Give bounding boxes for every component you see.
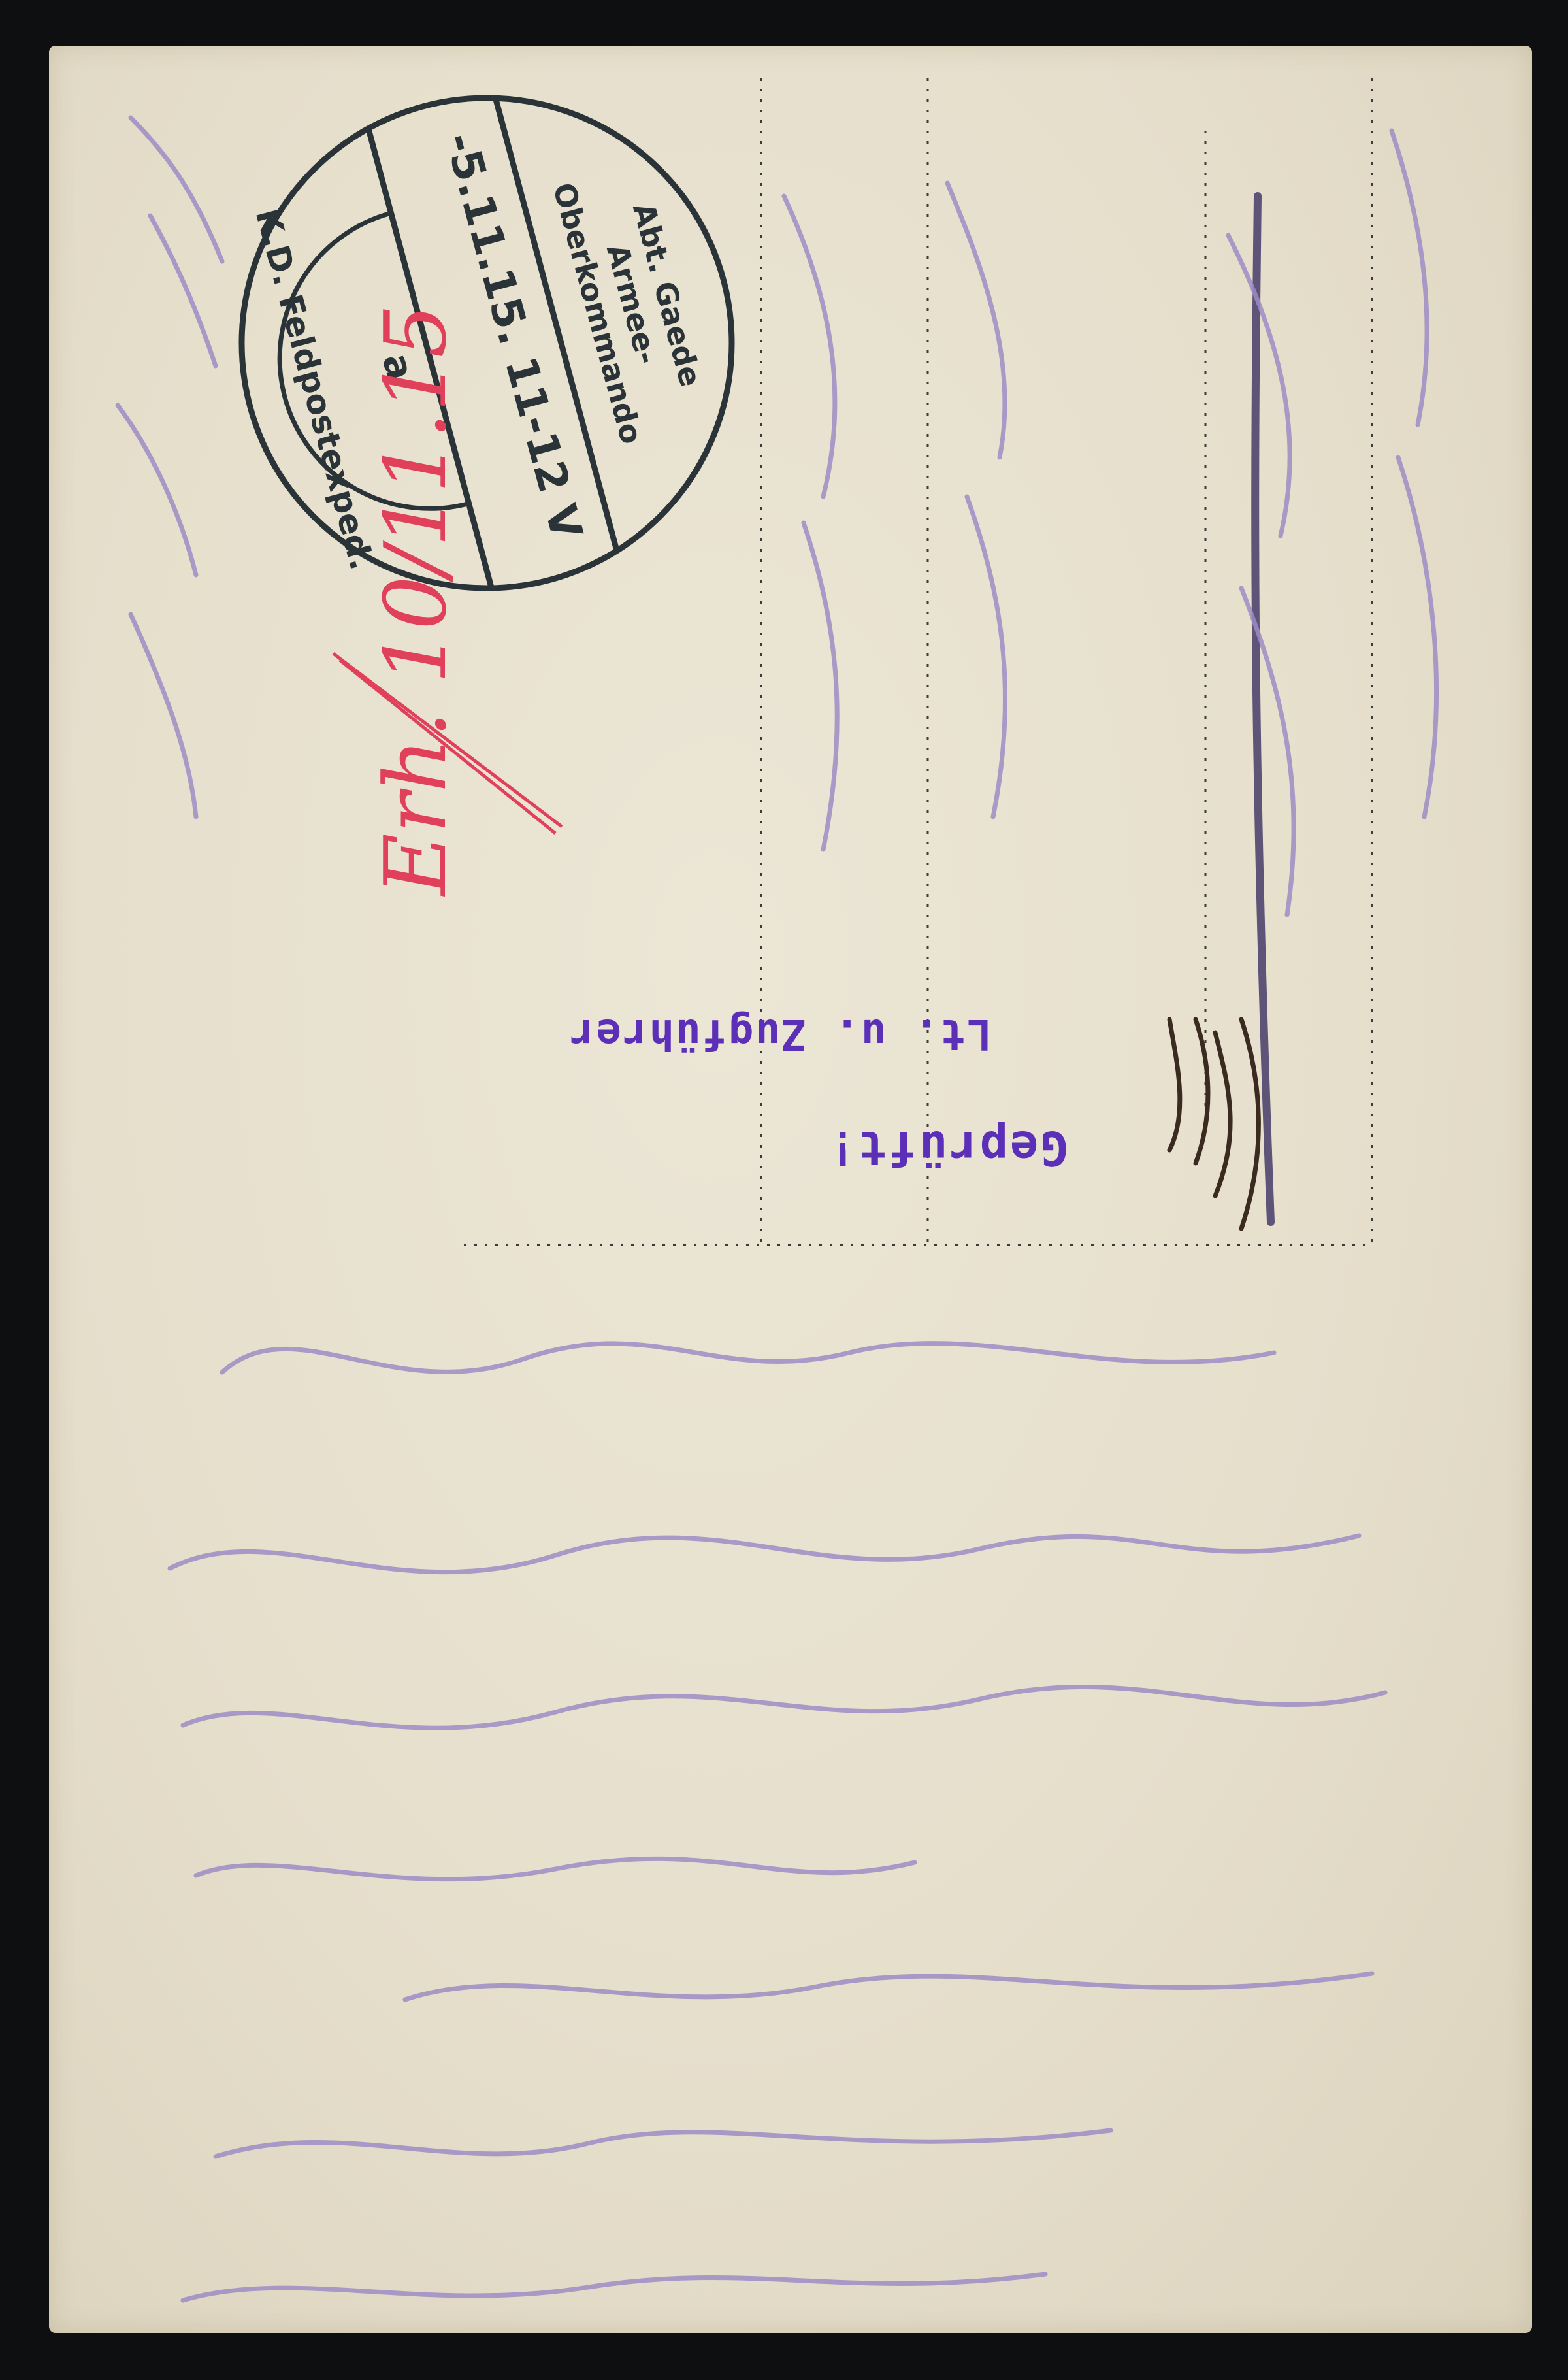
signature: [1169, 1019, 1258, 1229]
pencil-line: [1255, 196, 1271, 1222]
censor-stamp-rank: Lt. u. Zugführer: [568, 1010, 992, 1058]
postmark: -5.11.15. 11-12 V a K.D. Feldpostexped. …: [223, 61, 745, 625]
card-artwork: -5.11.15. 11-12 V a K.D. Feldpostexped. …: [0, 0, 1568, 2380]
censor-stamp-title: Geprüft!: [826, 1121, 1069, 1176]
received-note: Erh. 10/11.15: [366, 304, 465, 895]
